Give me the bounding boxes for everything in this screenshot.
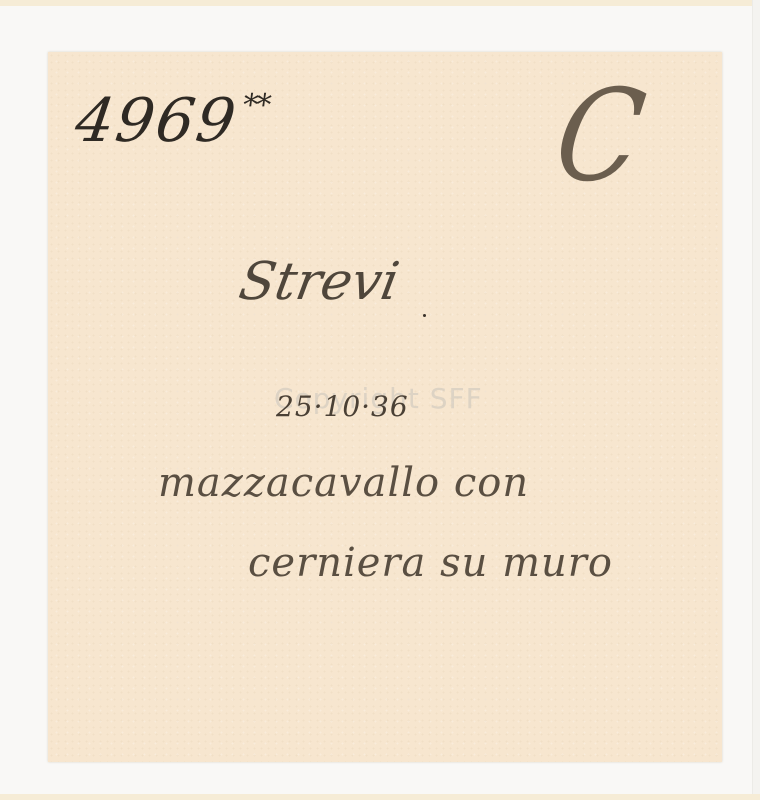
description-line-2: cerniera su muro <box>248 540 613 586</box>
location-text: Strevi <box>235 252 404 312</box>
description-line-1: mazzacavallo con <box>158 460 529 506</box>
date-text: 25·10·36 <box>276 390 409 423</box>
scan-bottom-edge <box>0 794 760 800</box>
ink-dot <box>423 314 426 317</box>
catalog-number-value: 4969 <box>71 86 242 156</box>
catalog-stars-mark: ** <box>240 88 271 123</box>
archival-card: 4969** C Strevi Copyright SFF 25·10·36 m… <box>48 52 722 762</box>
letter-mark: C <box>547 62 654 209</box>
scan-top-edge <box>0 0 760 6</box>
catalog-number: 4969** <box>71 86 272 156</box>
scan-right-edge <box>752 0 760 800</box>
